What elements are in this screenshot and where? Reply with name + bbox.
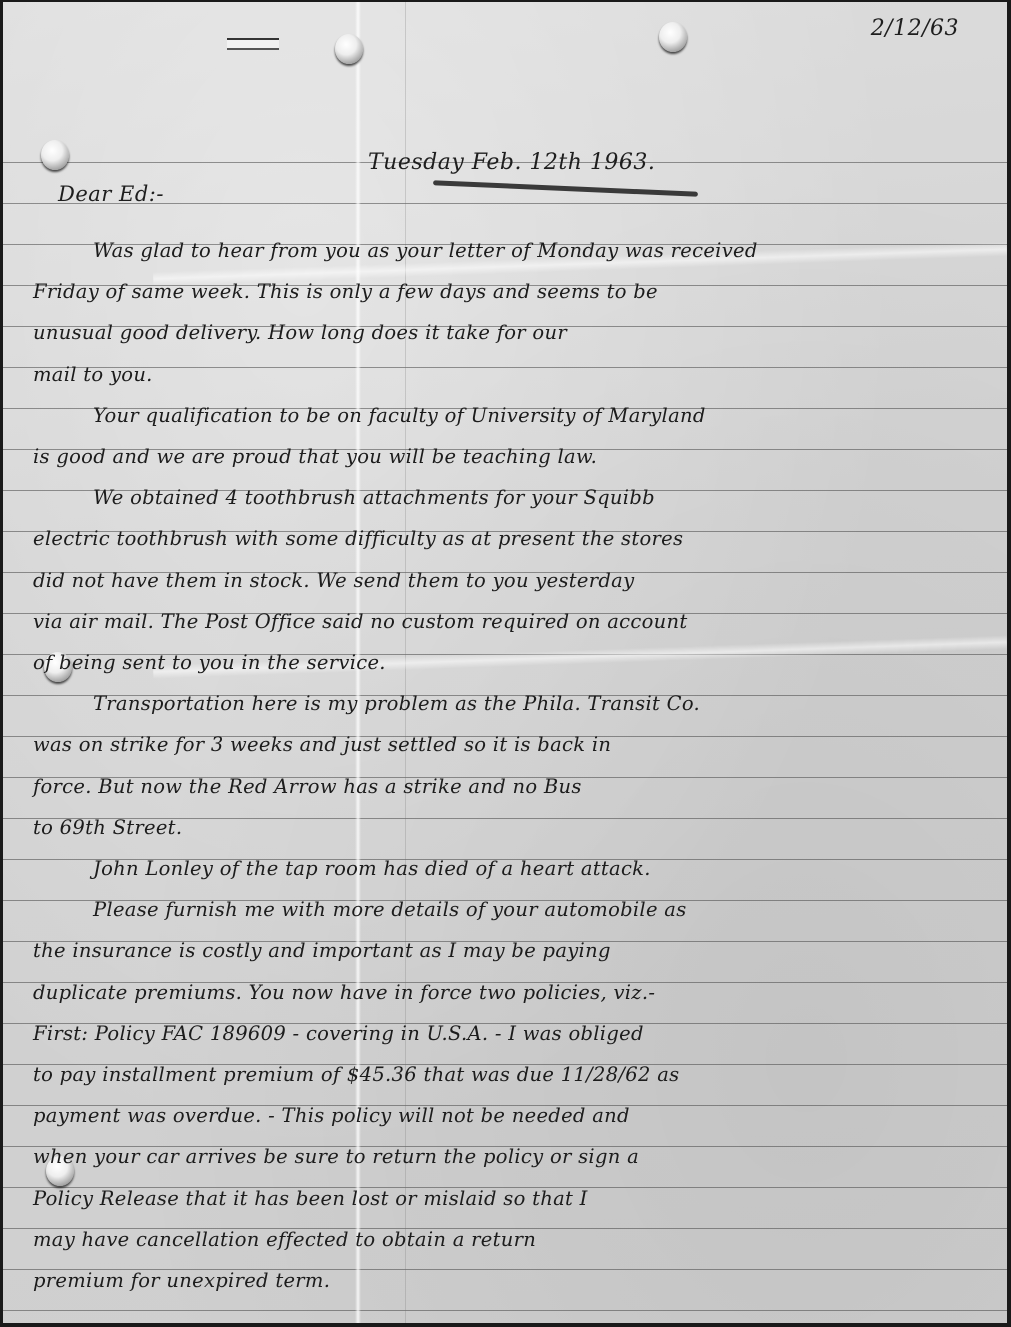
letter-line: Policy Release that it has been lost or … — [33, 1187, 588, 1210]
salutation: Dear Ed:- — [58, 182, 164, 206]
letter-line: the insurance is costly and important as… — [33, 939, 611, 962]
letter-line: Please furnish me with more details of y… — [93, 898, 687, 921]
date-line: Tuesday Feb. 12th 1963. — [368, 150, 655, 175]
letter-line: was on strike for 3 weeks and just settl… — [33, 733, 611, 756]
punch-hole-icon — [41, 140, 69, 170]
letter-line: Transportation here is my problem as the… — [93, 692, 700, 715]
letter-line: did not have them in stock. We send them… — [33, 569, 634, 592]
letter-page: 2/12/63 Tuesday Feb. 12th 1963. Dear Ed:… — [3, 2, 1007, 1323]
reference-mark: 2/12/63 — [871, 16, 959, 41]
letter-line: First: Policy FAC 189609 - covering in U… — [33, 1022, 644, 1045]
letter-line: electric toothbrush with some difficulty… — [33, 527, 683, 550]
punch-hole-icon — [335, 34, 363, 64]
letter-line: premium for unexpired term. — [33, 1269, 330, 1292]
letter-line: via air mail. The Post Office said no cu… — [33, 610, 688, 633]
letter-line: Was glad to hear from you as your letter… — [93, 239, 758, 262]
paper-tear-mark — [227, 38, 279, 50]
letter-line: unusual good delivery. How long does it … — [33, 321, 567, 344]
letter-line: John Lonley of the tap room has died of … — [93, 857, 651, 880]
letter-line: to 69th Street. — [33, 816, 182, 839]
letter-line: payment was overdue. - This policy will … — [33, 1104, 630, 1127]
letter-line: Friday of same week. This is only a few … — [33, 280, 658, 303]
letter-line: mail to you. — [33, 363, 153, 386]
letter-line: to pay installment premium of $45.36 tha… — [33, 1063, 679, 1086]
letter-line: Your qualification to be on faculty of U… — [93, 404, 706, 427]
letter-line: of being sent to you in the service. — [33, 651, 386, 674]
letter-line: when your car arrives be sure to return … — [33, 1145, 639, 1168]
letter-line: We obtained 4 toothbrush attachments for… — [93, 486, 655, 509]
letter-line: force. But now the Red Arrow has a strik… — [33, 775, 582, 798]
punch-hole-icon — [659, 22, 687, 52]
letter-line: is good and we are proud that you will b… — [33, 445, 597, 468]
letter-line: duplicate premiums. You now have in forc… — [33, 981, 655, 1004]
letter-line: may have cancellation effected to obtain… — [33, 1228, 536, 1251]
